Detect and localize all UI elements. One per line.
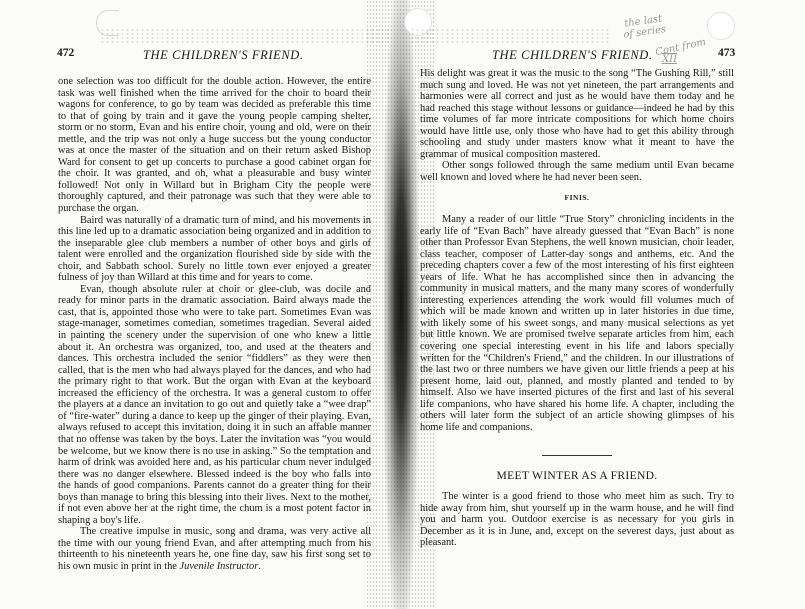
paragraph: Evan, though absolute ruler at choir or … bbox=[58, 284, 371, 526]
afterword-paragraph: Many a reader of our little “True Story”… bbox=[420, 214, 734, 433]
article-title: MEET WINTER AS A FRIEND. bbox=[420, 470, 734, 482]
paragraph-text: . bbox=[258, 561, 261, 572]
handwritten-note-numeral: XII bbox=[662, 54, 677, 65]
paragraph: The creative impulse in music, song and … bbox=[58, 526, 371, 572]
paragraph: one selection was too difficult for the … bbox=[58, 76, 371, 215]
running-head: THE CHILDREN'S FRIEND. bbox=[492, 48, 653, 63]
punch-hole bbox=[707, 12, 735, 40]
article-paragraph: The winter is a good friend to those who… bbox=[420, 491, 734, 549]
page-number: 473 bbox=[718, 47, 735, 59]
running-head: THE CHILDREN'S FRIEND. bbox=[143, 48, 304, 63]
paragraph: His delight was great it was the music t… bbox=[420, 68, 734, 160]
paragraph: Baird was naturally of a dramatic turn o… bbox=[58, 215, 371, 284]
finis-marker: FINIS. bbox=[420, 192, 734, 204]
scan-noise bbox=[410, 28, 610, 44]
section-divider bbox=[542, 455, 612, 456]
page-number: 472 bbox=[57, 47, 74, 59]
right-page: the last of series Cont from XII THE CHI… bbox=[400, 0, 805, 609]
handwritten-note-top: the last of series bbox=[619, 13, 670, 41]
left-page: 472 THE CHILDREN'S FRIEND. one selection… bbox=[0, 0, 400, 609]
right-body-text: His delight was great it was the music t… bbox=[420, 68, 734, 549]
publication-title: Juvenile Instructor bbox=[180, 561, 259, 572]
paragraph: Other songs followed through the same me… bbox=[420, 160, 734, 183]
left-body-text: one selection was too difficult for the … bbox=[58, 76, 371, 573]
scan-noise bbox=[100, 28, 390, 44]
